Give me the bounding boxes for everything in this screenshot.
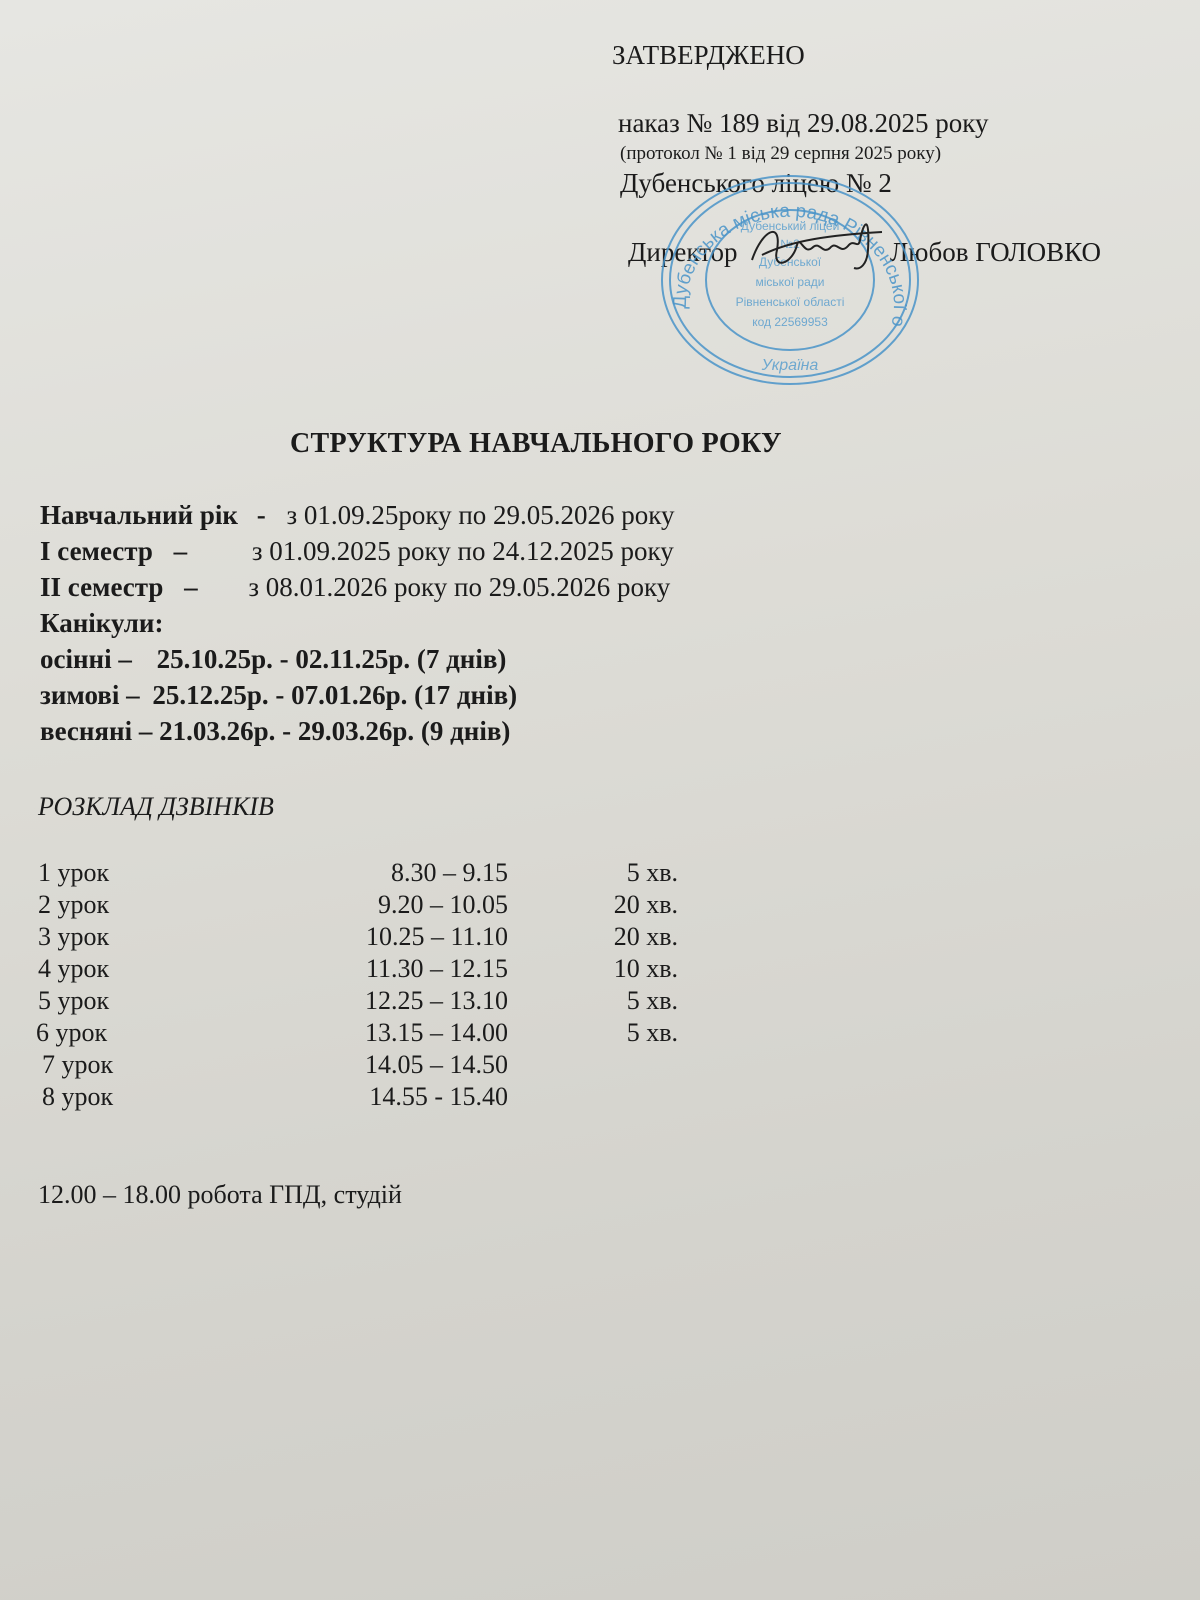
year-row-value: з 01.09.25року по 29.05.2026 року [286,500,674,530]
school-name: Дубенського ліцею № 2 [620,168,892,199]
semester-2-sep: – [184,572,198,602]
holiday-value: 21.03.26р. - 29.03.26р. (9 днів) [159,716,510,746]
bell-time: 10.25 – 11.10 [366,922,508,952]
bell-break: 5 хв. [627,986,678,1016]
stamp-inner-line: Рівненської області [736,295,845,309]
bell-time: 14.05 – 14.50 [365,1050,508,1080]
semester-1-sep: – [174,536,188,566]
semester-2-value: з 08.01.2026 року по 29.05.2026 року [248,572,670,602]
bell-lesson: 8 урок [42,1082,113,1112]
semester-1-row: І семестр – з 01.09.2025 року по 24.12.2… [40,536,674,567]
holiday-spring: весняні – 21.03.26р. - 29.03.26р. (9 дні… [40,716,510,747]
official-stamp: Дубенська міська рада Рівненської област… [658,172,923,387]
stamp-inner-line: Дубенський ліцей [741,219,840,233]
bell-break: 20 хв. [614,890,678,920]
holiday-autumn: осінні – 25.10.25р. - 02.11.25р. (7 днів… [40,644,506,675]
bell-time: 9.20 – 10.05 [378,890,508,920]
director-label: Директор [628,237,738,268]
year-row: Навчальний рік - з 01.09.25року по 29.05… [40,500,675,531]
year-row-sep: - [257,500,266,530]
bells-heading: РОЗКЛАД ДЗВІНКІВ [38,792,274,822]
stamp-inner-line: Дубенської [759,255,822,269]
bell-lesson: 6 урок [36,1018,107,1048]
semester-2-row: ІІ семестр – з 08.01.2026 року по 29.05.… [40,572,670,603]
holiday-value: 25.10.25р. - 02.11.25р. (7 днів) [157,644,507,674]
approval-heading: ЗАТВЕРДЖЕНО [612,40,805,71]
semester-2-label: ІІ семестр [40,572,163,602]
holiday-winter: зимові – 25.12.25р. - 07.01.26р. (17 дні… [40,680,517,711]
protocol-line: (протокол № 1 від 29 серпня 2025 року) [620,143,941,165]
stamp-inner-line: міської ради [756,275,825,289]
bell-lesson: 3 урок [38,922,109,952]
holiday-label: осінні – [40,644,132,674]
holidays-heading: Канікули: [40,608,163,639]
bell-time: 11.30 – 12.15 [366,954,508,984]
bell-break: 10 хв. [614,954,678,984]
bell-break: 20 хв. [614,922,678,952]
bell-lesson: 1 урок [38,858,109,888]
bell-time: 8.30 – 9.15 [391,858,508,888]
bell-lesson: 2 урок [38,890,109,920]
stamp-inner-line: №2 [780,237,800,251]
bell-lesson: 7 урок [42,1050,113,1080]
bell-time: 12.25 – 13.10 [365,986,508,1016]
signature [742,210,892,280]
stamp-bottom-text: Україна [761,357,819,374]
semester-1-value: з 01.09.2025 року по 24.12.2025 року [252,536,674,566]
bell-break: 5 хв. [627,1018,678,1048]
stamp-inner-line: код 22569953 [752,315,828,329]
bell-time: 13.15 – 14.00 [365,1018,508,1048]
bell-time: 14.55 - 15.40 [369,1082,508,1112]
order-line: наказ № 189 від 29.08.2025 року [618,108,989,139]
director-name: Любов ГОЛОВКО [890,237,1101,268]
bell-lesson: 4 урок [38,954,109,984]
bells-footer: 12.00 – 18.00 робота ГПД, студій [38,1180,402,1210]
holiday-label: весняні – [40,716,152,746]
holiday-label: зимові – [40,680,140,710]
holiday-value: 25.12.25р. - 07.01.26р. (17 днів) [152,680,517,710]
semester-1-label: І семестр [40,536,153,566]
bell-break: 5 хв. [627,858,678,888]
year-row-label: Навчальний рік [40,500,238,530]
bell-lesson: 5 урок [38,986,109,1016]
document-title: СТРУКТУРА НАВЧАЛЬНОГО РОКУ [290,428,782,460]
